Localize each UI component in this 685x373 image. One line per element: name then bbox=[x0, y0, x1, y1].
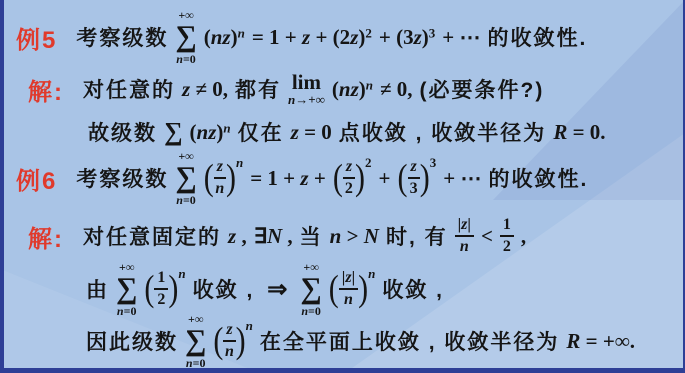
sum-symbol: +∞ ∑ n=0 bbox=[116, 261, 137, 317]
term-exponent: n bbox=[223, 120, 230, 135]
fraction-denominator: n bbox=[225, 342, 234, 361]
fraction-denominator: 3 bbox=[410, 179, 418, 198]
math-text: < bbox=[481, 224, 493, 249]
fraction-power-term: ( 1 2 ) n bbox=[144, 269, 185, 309]
math-text: + bbox=[379, 166, 391, 191]
fraction: z n bbox=[214, 158, 226, 198]
fraction-power-term: ( z n ) n bbox=[213, 321, 252, 361]
right-paren: ) bbox=[355, 159, 365, 197]
fraction-power-term: ( |z| n ) n bbox=[329, 269, 376, 309]
left-paren: ( bbox=[144, 270, 154, 308]
sum-symbol: +∞ ∑ n=0 bbox=[185, 313, 206, 369]
solution6-line2: 由 +∞ ∑ n=0 ( 1 2 ) n 收敛 , ⇒ +∞ ∑ n=0 ( |… bbox=[86, 260, 444, 318]
example5-label: 例5 bbox=[16, 20, 57, 55]
fraction: 1 2 bbox=[500, 216, 514, 256]
math-text: ∃N , bbox=[254, 224, 293, 249]
term-exponent: n bbox=[236, 155, 243, 171]
sigma-icon: ∑ bbox=[164, 117, 183, 147]
power-term: (nz)n bbox=[190, 120, 231, 145]
math-text: z = 0 bbox=[291, 120, 332, 145]
math-text: R = +∞. bbox=[566, 329, 635, 354]
sum-lower-limit: n=0 bbox=[176, 194, 196, 206]
text: 收敛 , bbox=[193, 274, 255, 304]
fraction: |z| n bbox=[339, 269, 358, 309]
fraction-numerator: z bbox=[214, 158, 226, 178]
text: 因此级数 bbox=[86, 326, 178, 356]
fraction-power-term: ( z 3 ) 3 bbox=[398, 158, 437, 198]
text: 时, 有 bbox=[386, 221, 448, 251]
text: 故级数 bbox=[88, 117, 157, 147]
right-paren: ) bbox=[226, 159, 236, 197]
term-exponent: 3 bbox=[429, 25, 436, 40]
term-exponent: n bbox=[366, 77, 373, 92]
term-base: = 1 + z + (2z) bbox=[252, 25, 366, 49]
solution6-line1: 解: 对任意固定的 z , ∃N , 当 n > N 时, 有 |z| n < … bbox=[28, 208, 526, 264]
right-paren: ) bbox=[236, 322, 246, 360]
fraction: z n bbox=[223, 321, 235, 361]
text: 由 bbox=[86, 274, 109, 304]
lim-subscript: n→+∞ bbox=[288, 93, 325, 106]
math-text: = 1 + z + bbox=[250, 166, 326, 191]
power-term: (nz)n bbox=[204, 25, 245, 50]
fraction-denominator: n bbox=[460, 237, 469, 256]
text: 点收敛 , 收敛半径为 bbox=[339, 117, 547, 147]
sum-symbol: +∞ ∑ n=0 bbox=[175, 9, 196, 65]
left-border bbox=[0, 0, 4, 373]
bottom-border bbox=[0, 368, 685, 373]
fraction-power-term: ( z 2 ) 2 bbox=[333, 158, 372, 198]
right-paren: ) bbox=[420, 159, 430, 197]
fraction-denominator: 2 bbox=[503, 237, 511, 256]
right-paren: ) bbox=[168, 270, 178, 308]
fraction-denominator: n bbox=[215, 179, 224, 198]
left-paren: ( bbox=[398, 159, 408, 197]
example5-statement: 例5 考察级数 +∞ ∑ n=0 (nz)n = 1 + z + (2z)2 +… bbox=[16, 8, 587, 66]
term-base: (nz) bbox=[332, 77, 366, 101]
lim-word: lim bbox=[292, 72, 321, 93]
term-exponent: n bbox=[238, 25, 245, 40]
sum-symbol: +∞ ∑ n=0 bbox=[175, 150, 196, 206]
solution5-line2: 故级数 ∑ (nz)n 仅在 z = 0 点收敛 , 收敛半径为 R = 0. bbox=[88, 112, 606, 152]
sigma-icon: ∑ bbox=[175, 163, 196, 193]
fraction-numerator: |z| bbox=[455, 216, 474, 236]
text: 对任意固定的 bbox=[83, 221, 221, 251]
fraction-numerator: z bbox=[223, 321, 235, 341]
example5-trail: 的收敛性. bbox=[488, 22, 588, 52]
term-base: (nz) bbox=[190, 120, 224, 144]
fraction-denominator: n bbox=[344, 290, 353, 309]
solution5-line1: 解: 对任意的 z ≠ 0, 都有 lim n→+∞ (nz)n ≠ 0, (必… bbox=[28, 64, 544, 114]
power-term: (nz)n bbox=[332, 77, 373, 102]
fraction-numerator: z bbox=[343, 158, 355, 178]
example5-lead: 考察级数 bbox=[76, 22, 168, 52]
math-text: , bbox=[521, 224, 526, 249]
sum-lower-limit: n=0 bbox=[186, 357, 206, 369]
sum-symbol: +∞ ∑ n=0 bbox=[300, 261, 321, 317]
fraction-numerator: |z| bbox=[339, 269, 358, 289]
term-base: (nz) bbox=[204, 25, 238, 49]
text: 在全平面上收敛 , 收敛半径为 bbox=[260, 326, 560, 356]
fraction-power-term: ( z n ) n bbox=[204, 158, 243, 198]
fraction-denominator: 2 bbox=[345, 179, 353, 198]
right-paren: ) bbox=[358, 270, 368, 308]
text: 当 bbox=[300, 221, 323, 251]
fraction-denominator: 2 bbox=[157, 290, 165, 309]
term-exponent: 3 bbox=[430, 155, 437, 171]
fraction-numerator: z bbox=[408, 158, 420, 178]
slide: 例5 考察级数 +∞ ∑ n=0 (nz)n = 1 + z + (2z)2 +… bbox=[0, 0, 685, 373]
fraction-numerator: 1 bbox=[154, 269, 168, 289]
example6-statement: 例6 考察级数 +∞ ∑ n=0 ( z n ) n = 1 + z + ( z… bbox=[16, 148, 588, 208]
solution-label: 解: bbox=[28, 72, 64, 107]
left-paren: ( bbox=[329, 270, 339, 308]
text: 对任意的 bbox=[83, 74, 175, 104]
text: 仅在 bbox=[238, 117, 284, 147]
text: 收敛 , bbox=[382, 274, 444, 304]
sigma-icon: ∑ bbox=[185, 326, 206, 356]
math-text: n > N bbox=[330, 224, 379, 249]
example6-lead: 考察级数 bbox=[76, 163, 168, 193]
fraction: z 3 bbox=[408, 158, 420, 198]
example6-label: 例6 bbox=[16, 161, 57, 196]
implies-arrow-icon: ⇒ bbox=[267, 275, 287, 304]
example6-trail: 的收敛性. bbox=[488, 163, 588, 193]
solution-label: 解: bbox=[28, 219, 64, 254]
left-paren: ( bbox=[204, 159, 214, 197]
math-text: ≠ 0, bbox=[380, 77, 413, 102]
text: (必要条件?) bbox=[420, 74, 545, 104]
term-base: + (3z) bbox=[379, 25, 429, 49]
sigma-icon: ∑ bbox=[175, 22, 196, 52]
math-text: R = 0. bbox=[553, 120, 605, 145]
expansion-term: + (3z)3 bbox=[379, 25, 435, 50]
sigma-icon: ∑ bbox=[116, 274, 137, 304]
left-paren: ( bbox=[213, 322, 223, 360]
limit-symbol: lim n→+∞ bbox=[288, 72, 325, 106]
text: 都有 bbox=[235, 74, 281, 104]
fraction: |z| n bbox=[455, 216, 474, 256]
expansion-term: = 1 + z + (2z)2 bbox=[252, 25, 372, 50]
term-exponent: n bbox=[178, 266, 185, 282]
ellipsis-term: + ⋯ bbox=[443, 166, 481, 191]
fraction: z 2 bbox=[343, 158, 355, 198]
term-exponent: 2 bbox=[365, 155, 372, 171]
solution6-line3: 因此级数 +∞ ∑ n=0 ( z n ) n 在全平面上收敛 , 收敛半径为 … bbox=[86, 314, 635, 368]
ellipsis-term: + ⋯ bbox=[442, 25, 480, 50]
fraction: 1 2 bbox=[154, 269, 168, 309]
math-text: z ≠ 0, bbox=[182, 77, 228, 102]
math-text: z , bbox=[228, 224, 247, 249]
sigma-icon: ∑ bbox=[300, 274, 321, 304]
term-exponent: n bbox=[368, 266, 375, 282]
term-exponent: 2 bbox=[365, 25, 372, 40]
term-exponent: n bbox=[246, 318, 253, 334]
fraction-numerator: 1 bbox=[500, 216, 514, 236]
left-paren: ( bbox=[333, 159, 343, 197]
